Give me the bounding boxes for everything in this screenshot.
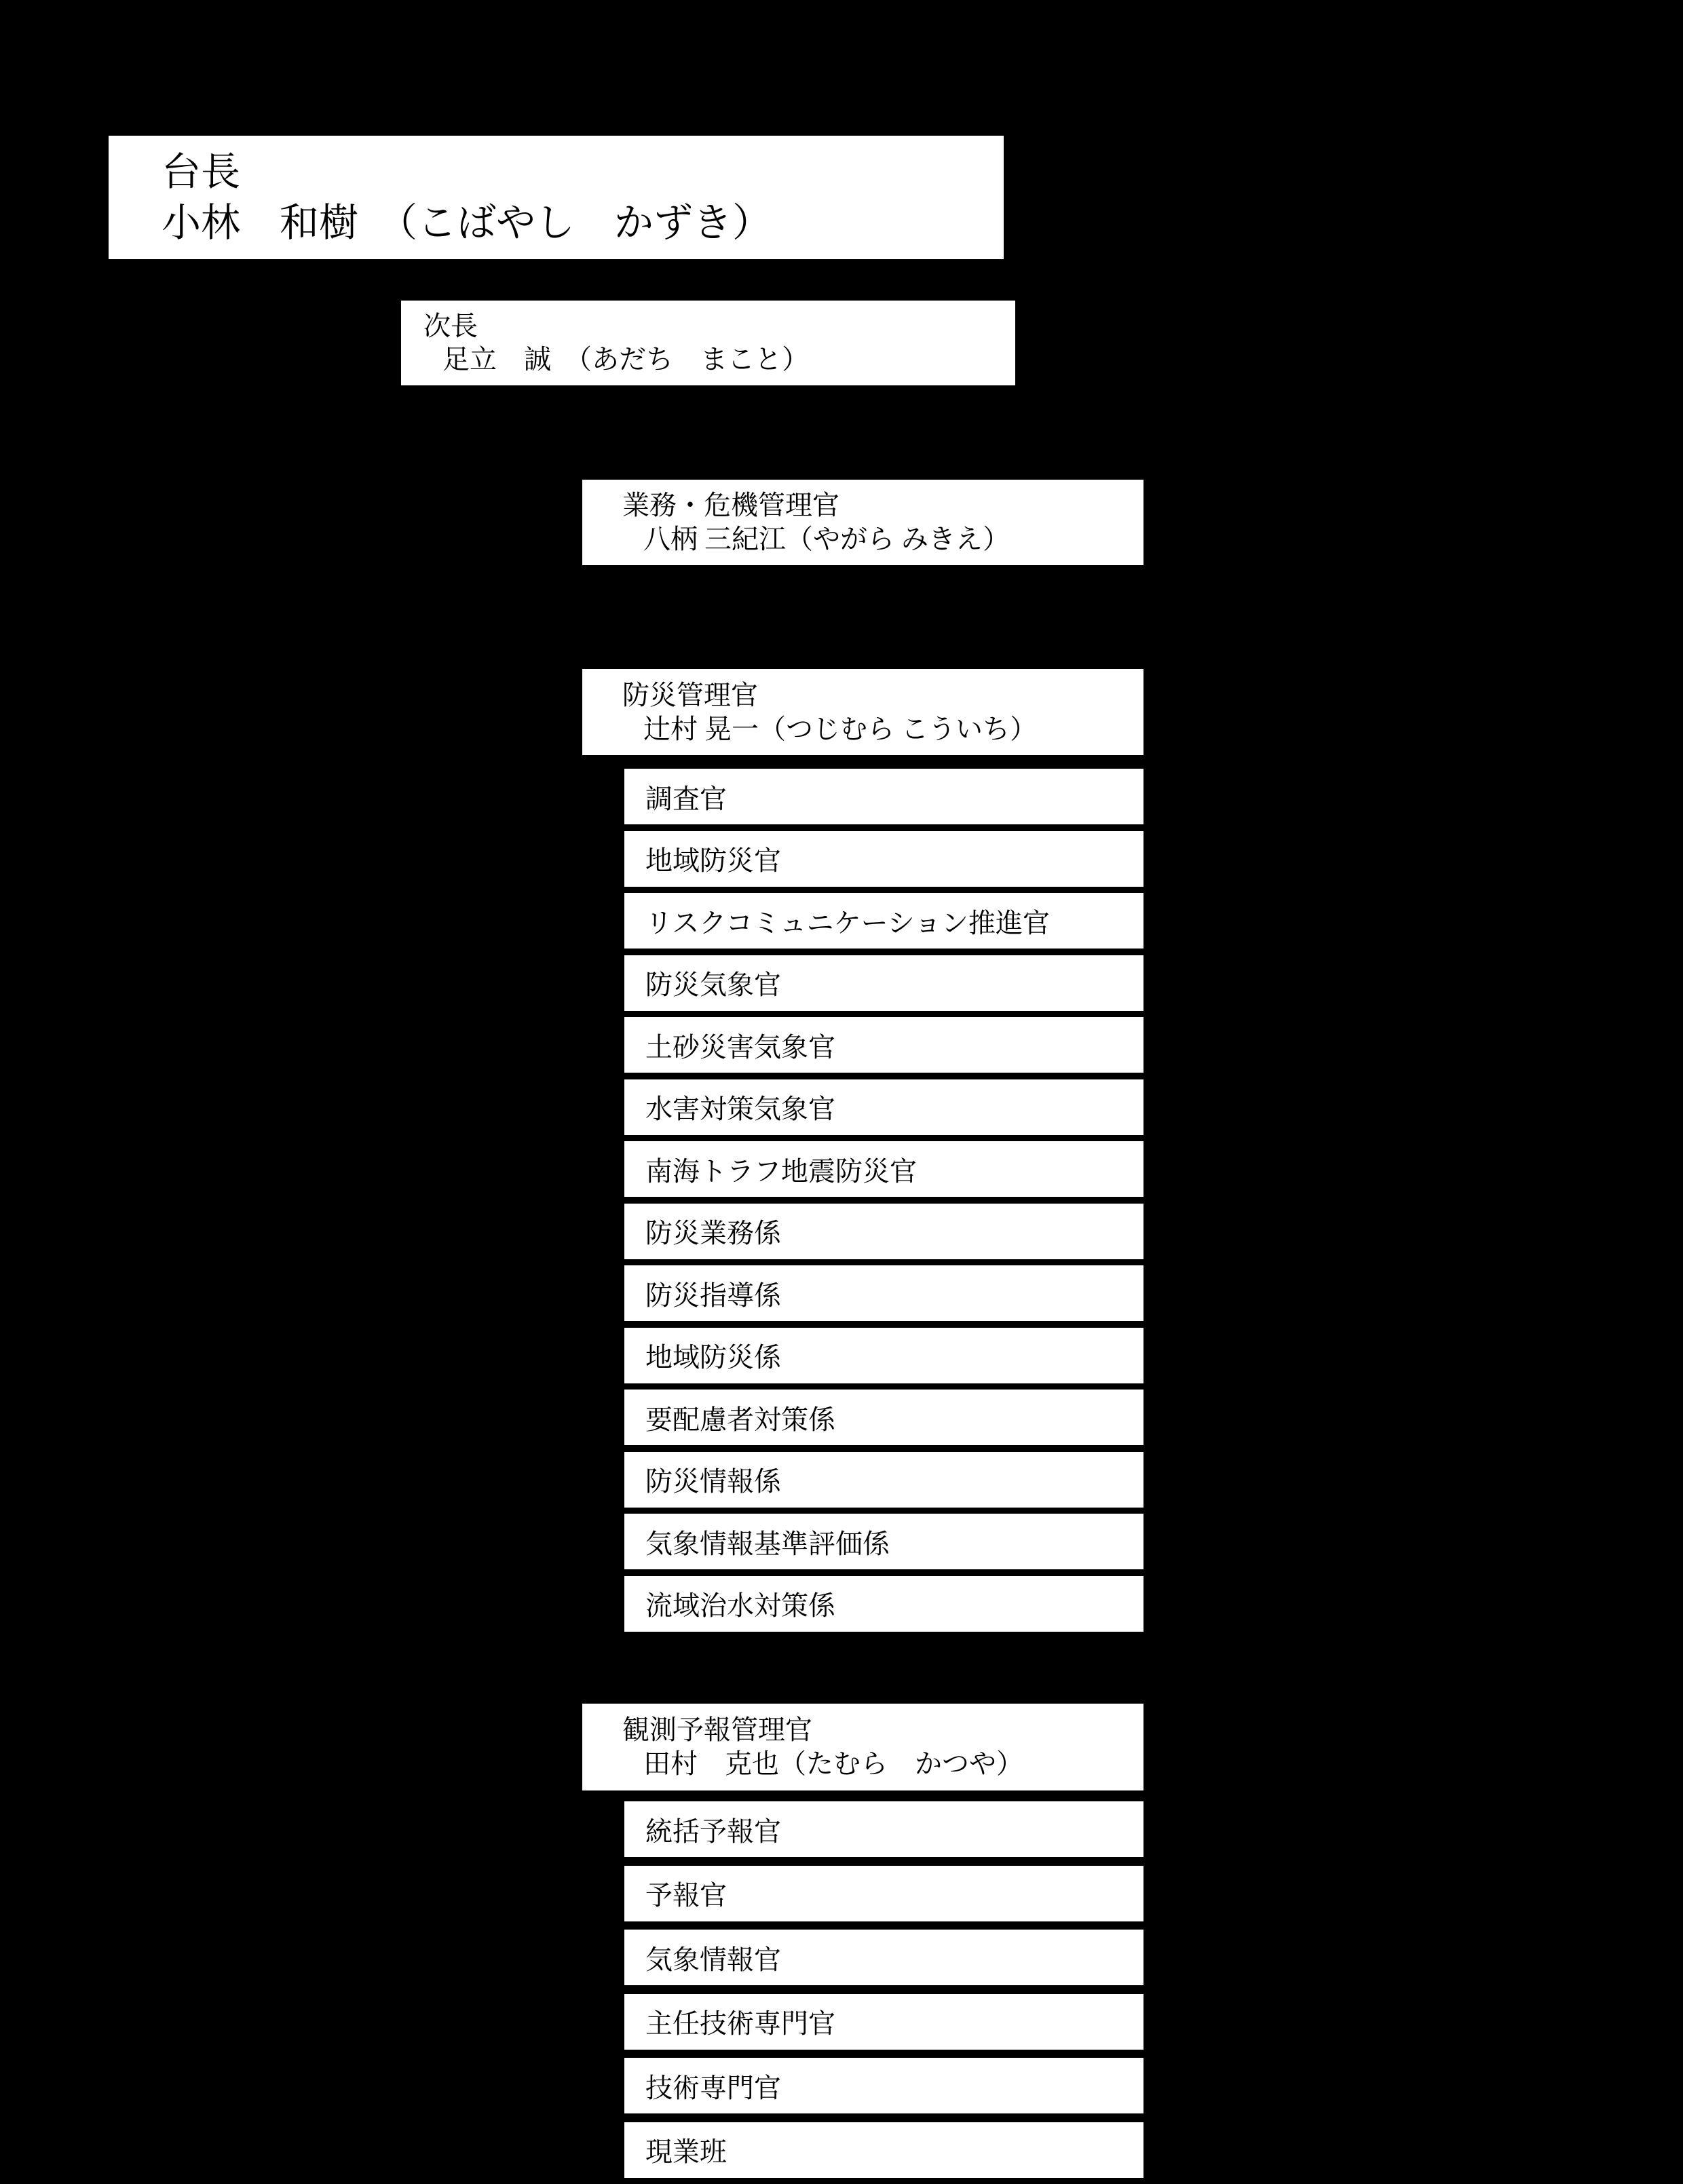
org-unit-box: 防災情報係 xyxy=(624,1452,1143,1508)
org-unit-box: リスクコミュニケーション推進官 xyxy=(624,893,1143,949)
org-unit-label: 水害対策気象官 xyxy=(645,1088,835,1126)
org-unit-label: 防災気象官 xyxy=(645,963,781,1002)
org-unit-label: 防災指導係 xyxy=(645,1274,781,1313)
org-unit-box: 統括予報官 xyxy=(624,1801,1143,1857)
section-box-disaster-prevention-manager: 防災管理官 辻村 晃一（つじむら こういち） xyxy=(582,669,1143,755)
org-unit-box: 気象情報基準評価係 xyxy=(624,1514,1143,1569)
org-unit-box: 要配慮者対策係 xyxy=(624,1390,1143,1445)
deputy-title: 次長 xyxy=(423,310,1015,343)
section-title: 業務・危機管理官 xyxy=(622,488,1143,522)
org-unit-label: リスクコミュニケーション推進官 xyxy=(645,902,1050,940)
org-unit-label: 要配慮者対策係 xyxy=(645,1398,835,1437)
org-unit-box: 防災指導係 xyxy=(624,1265,1143,1321)
org-unit-box: 防災気象官 xyxy=(624,955,1143,1011)
disaster-prevention-unit-list: 調査官地域防災官リスクコミュニケーション推進官防災気象官土砂災害気象官水害対策気… xyxy=(624,769,1143,1638)
org-unit-box: 水害対策気象官 xyxy=(624,1079,1143,1135)
org-unit-box: 主任技術専門官 xyxy=(624,1994,1143,2050)
org-unit-box: 流域治水対策係 xyxy=(624,1576,1143,1632)
org-unit-label: 予報官 xyxy=(645,1874,727,1913)
org-unit-label: 調査官 xyxy=(645,778,727,816)
org-unit-label: 南海トラフ地震防災官 xyxy=(645,1150,917,1189)
org-unit-label: 地域防災係 xyxy=(645,1336,781,1375)
director-title: 台長 xyxy=(162,147,1004,197)
org-unit-box: 地域防災係 xyxy=(624,1328,1143,1383)
org-unit-box: 南海トラフ地震防災官 xyxy=(624,1141,1143,1197)
section-name: 田村 克也（たむら かつや） xyxy=(643,1747,1143,1781)
org-unit-label: 主任技術専門官 xyxy=(645,2002,835,2041)
org-unit-box: 土砂災害気象官 xyxy=(624,1017,1143,1073)
org-unit-label: 防災情報係 xyxy=(645,1460,781,1499)
section-name: 八柄 三紀江（やがら みきえ） xyxy=(643,522,1143,556)
org-chart: 台長 小林 和樹 （こばやし かずき） 次長 足立 誠 （あだち まこと） 業務… xyxy=(0,0,1683,2184)
deputy-name: 足立 誠 （あだち まこと） xyxy=(442,343,1015,377)
org-unit-label: 統括予報官 xyxy=(645,1810,781,1849)
observation-forecast-unit-list: 統括予報官予報官気象情報官主任技術専門官技術専門官現業班 xyxy=(624,1801,1143,2184)
org-unit-label: 気象情報官 xyxy=(645,1938,781,1977)
org-unit-label: 土砂災害気象官 xyxy=(645,1026,835,1065)
section-title: 観測予報管理官 xyxy=(622,1713,1143,1747)
section-name: 辻村 晃一（つじむら こういち） xyxy=(643,712,1143,746)
org-unit-box: 現業班 xyxy=(624,2122,1143,2178)
director-box: 台長 小林 和樹 （こばやし かずき） xyxy=(109,136,1004,259)
org-unit-label: 地域防災官 xyxy=(645,839,781,878)
org-unit-box: 地域防災官 xyxy=(624,831,1143,887)
org-unit-box: 調査官 xyxy=(624,769,1143,824)
section-box-observation-forecast-manager: 観測予報管理官 田村 克也（たむら かつや） xyxy=(582,1704,1143,1790)
section-box-operations-crisis-manager: 業務・危機管理官 八柄 三紀江（やがら みきえ） xyxy=(582,480,1143,565)
org-unit-label: 技術専門官 xyxy=(645,2067,781,2105)
org-unit-label: 気象情報基準評価係 xyxy=(645,1522,890,1561)
org-unit-box: 防災業務係 xyxy=(624,1204,1143,1259)
org-unit-box: 予報官 xyxy=(624,1866,1143,1921)
section-title: 防災管理官 xyxy=(622,678,1143,712)
org-unit-box: 技術専門官 xyxy=(624,2058,1143,2113)
org-unit-label: 防災業務係 xyxy=(645,1212,781,1250)
director-name: 小林 和樹 （こばやし かずき） xyxy=(162,197,1004,248)
org-unit-label: 現業班 xyxy=(645,2130,727,2169)
org-unit-box: 気象情報官 xyxy=(624,1930,1143,1985)
deputy-box: 次長 足立 誠 （あだち まこと） xyxy=(401,301,1015,385)
org-unit-label: 流域治水対策係 xyxy=(645,1584,835,1623)
